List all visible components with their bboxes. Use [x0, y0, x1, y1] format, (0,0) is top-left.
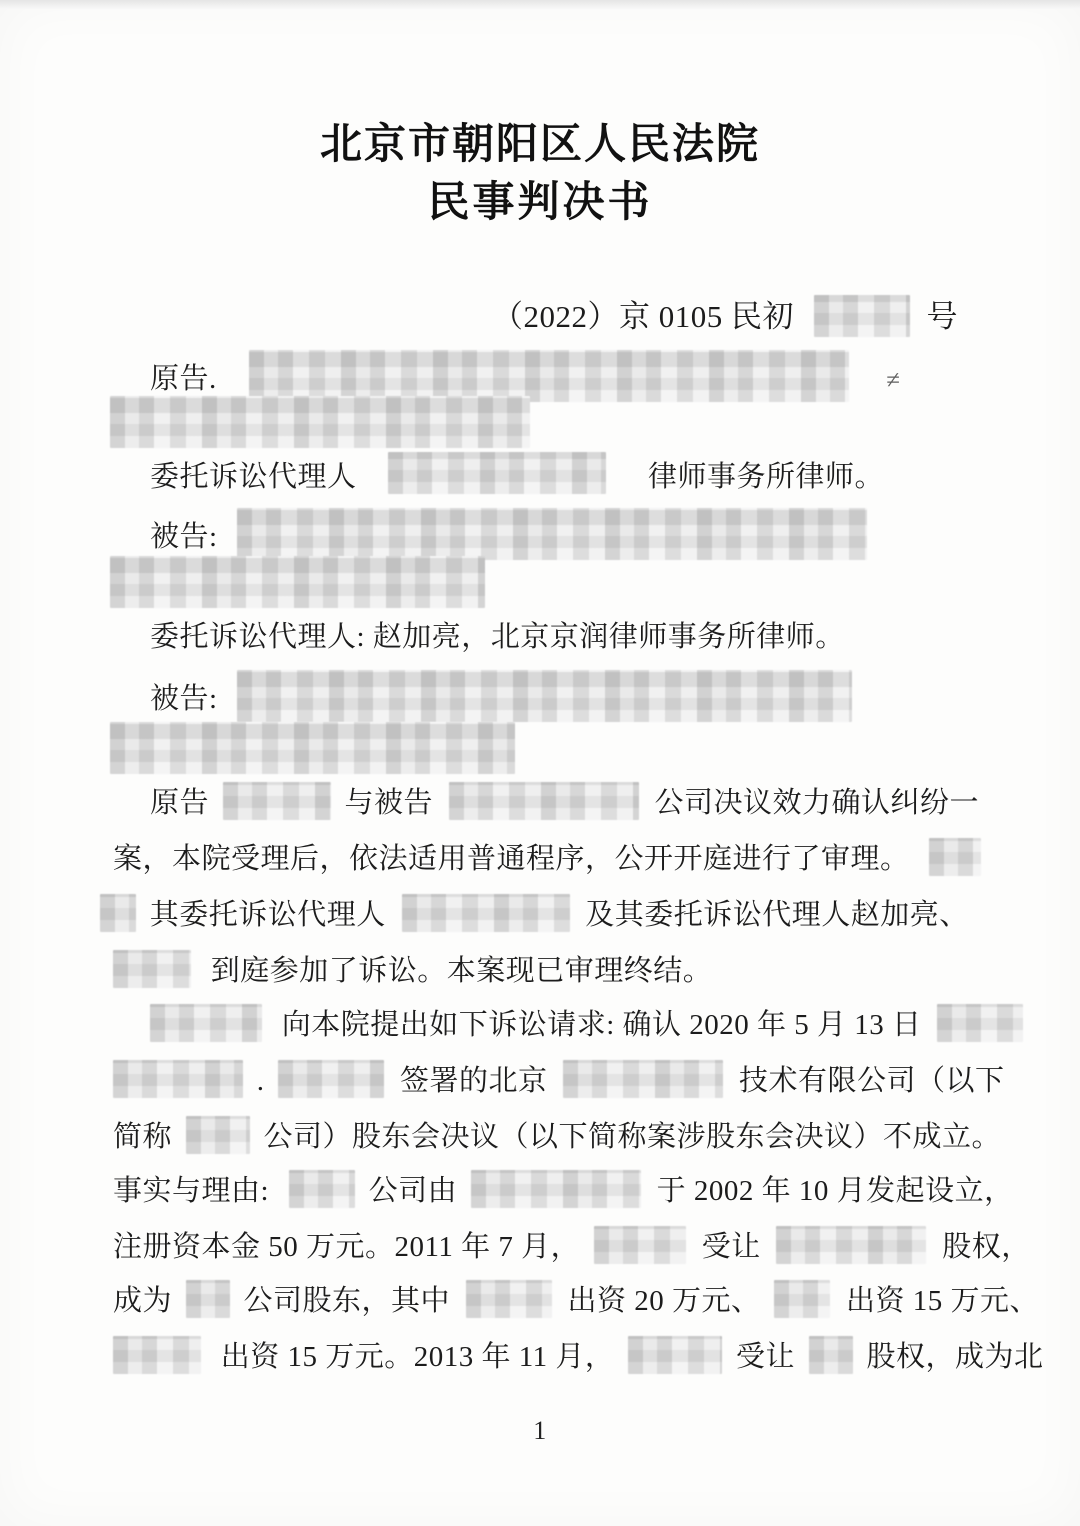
redacted-text — [186, 1280, 230, 1318]
body-text: 公司决议效力确认纠纷一 — [655, 787, 980, 819]
page-number-text: 1 — [533, 1416, 547, 1445]
defendant2-line-2 — [110, 722, 515, 774]
body-text: 及其委托诉讼代理人赵加亮、 — [585, 899, 969, 931]
body-text: 出资 15 万元。2013 年 11 月， — [221, 1341, 615, 1373]
redacted-text — [237, 508, 867, 560]
redacted-text — [929, 838, 981, 876]
body-line-9: 注册资本金 50 万元。2011 年 7 月， 受让 股权， — [113, 1224, 1031, 1270]
judgment-page: 北京市朝阳区人民法院 民事判决书 （2022）京 0105 民初 号 原告. ≠… — [0, 0, 1080, 1526]
body-line-10: 成为 公司股东，其中 出资 20 万元、 出资 15 万元、 — [113, 1278, 1039, 1324]
body-line-3: 其委托诉讼代理人 及其委托诉讼代理人赵加亮、 — [100, 892, 969, 938]
redacted-text — [110, 396, 530, 448]
body-text: 受让 — [736, 1341, 795, 1373]
body-line-5: 向本院提出如下诉讼请求: 确认 2020 年 5 月 13 日 — [150, 1002, 1023, 1048]
redacted-text — [113, 950, 191, 988]
body-text: 原告 — [150, 787, 209, 819]
body-text: 注册资本金 50 万元。2011 年 7 月， — [113, 1231, 580, 1263]
body-text: 到庭参加了诉讼。本案现已审理终结。 — [211, 955, 713, 987]
redacted-text — [471, 1170, 641, 1208]
redacted-text — [110, 556, 485, 608]
redacted-text — [237, 670, 852, 722]
defendant1-agent-line: 委托诉讼代理人: 赵加亮，北京京润律师事务所律师。 — [150, 614, 845, 660]
body-line-11: 出资 15 万元。2013 年 11 月， 受让 股权，成为北 — [113, 1334, 1043, 1380]
redacted-text — [774, 1280, 830, 1318]
body-line-2: 案，本院受理后，依法适用普通程序，公开开庭进行了审理。 — [113, 836, 981, 882]
redacted-text — [223, 782, 331, 820]
body-text: 股权， — [942, 1231, 1031, 1263]
redacted-text — [814, 295, 910, 337]
body-text: 与被告 — [345, 787, 434, 819]
body-text: 股权，成为北 — [866, 1341, 1043, 1373]
case-number-line: （2022）京 0105 民初 号 — [492, 294, 958, 340]
redacted-text — [594, 1226, 686, 1264]
body-text: 简称 — [113, 1121, 172, 1153]
case-number-prefix: （2022）京 0105 民初 — [492, 299, 794, 334]
document-title: 民事判决书 — [0, 178, 1080, 228]
body-line-7: 简称 公司）股东会决议（以下简称案涉股东会决议）不成立。 — [113, 1114, 1001, 1160]
court-name-text: 北京市朝阳区人民法院 — [320, 122, 760, 168]
redacted-text — [449, 782, 639, 820]
redacted-text — [110, 722, 515, 774]
court-name: 北京市朝阳区人民法院 — [0, 120, 1080, 170]
body-text: 公司）股东会决议（以下简称案涉股东会决议）不成立。 — [264, 1121, 1002, 1153]
body-text: 签署的北京 — [400, 1065, 548, 1097]
redacted-text — [809, 1336, 853, 1374]
body-text: 向本院提出如下诉讼请求: 确认 2020 年 5 月 13 日 — [282, 1009, 922, 1041]
body-text: 其委托诉讼代理人 — [150, 899, 386, 931]
plaintiff-line-2 — [110, 396, 530, 448]
redacted-text — [466, 1280, 552, 1318]
body-text: . — [257, 1065, 265, 1097]
redacted-text — [628, 1336, 722, 1374]
redacted-text — [186, 1116, 250, 1154]
defendant1-label: 被告: — [150, 521, 218, 553]
redacted-text — [289, 1170, 355, 1208]
redacted-text — [249, 350, 849, 402]
body-text: 于 2002 年 10 月发起设立， — [657, 1175, 1014, 1207]
defendant2-line: 被告: — [150, 670, 852, 722]
redacted-text — [402, 894, 570, 932]
body-line-1: 原告 与被告 公司决议效力确认纠纷一 — [150, 780, 979, 826]
redacted-text — [150, 1004, 262, 1042]
body-line-8: 事实与理由: 公司由 于 2002 年 10 月发起设立， — [113, 1168, 1014, 1214]
redacted-text — [113, 1060, 243, 1098]
body-text: 技术有限公司（以下 — [739, 1065, 1005, 1097]
redacted-text — [388, 452, 606, 494]
document-title-text: 民事判决书 — [427, 180, 652, 226]
agent-label: 委托诉讼代理人 — [150, 461, 357, 493]
body-text: 成为 — [113, 1285, 172, 1317]
defendant1-agent-text: 委托诉讼代理人: 赵加亮，北京京润律师事务所律师。 — [150, 621, 845, 653]
body-text: 案，本院受理后，依法适用普通程序，公开开庭进行了审理。 — [113, 843, 910, 875]
body-text: 事实与理由: — [113, 1175, 269, 1207]
stray-mark: ≠ — [886, 367, 900, 394]
plaintiff-label: 原告. — [150, 363, 217, 395]
case-number-suffix: 号 — [927, 299, 959, 334]
body-text: 出资 15 万元、 — [846, 1285, 1039, 1317]
body-text: 受让 — [702, 1231, 761, 1263]
redacted-text — [563, 1060, 723, 1098]
body-text: 公司股东，其中 — [244, 1285, 451, 1317]
body-line-4: 到庭参加了诉讼。本案现已审理终结。 — [113, 948, 712, 994]
redacted-text — [100, 894, 136, 932]
plaintiff-agent-line: 委托诉讼代理人 律师事务所律师。 — [150, 452, 884, 500]
redacted-text — [113, 1336, 201, 1374]
redacted-text — [776, 1226, 926, 1264]
body-text: 出资 20 万元、 — [568, 1285, 761, 1317]
body-text: 公司由 — [369, 1175, 458, 1207]
defendant1-line-2 — [110, 556, 485, 608]
redacted-text — [937, 1004, 1023, 1042]
redacted-text — [278, 1060, 384, 1098]
defendant2-label: 被告: — [150, 683, 218, 715]
agent-firm-text: 律师事务所律师。 — [648, 461, 884, 493]
defendant1-line: 被告: — [150, 508, 867, 560]
page-number: 1 — [0, 1408, 1080, 1454]
body-line-6: . 签署的北京 技术有限公司（以下 — [113, 1058, 1005, 1104]
